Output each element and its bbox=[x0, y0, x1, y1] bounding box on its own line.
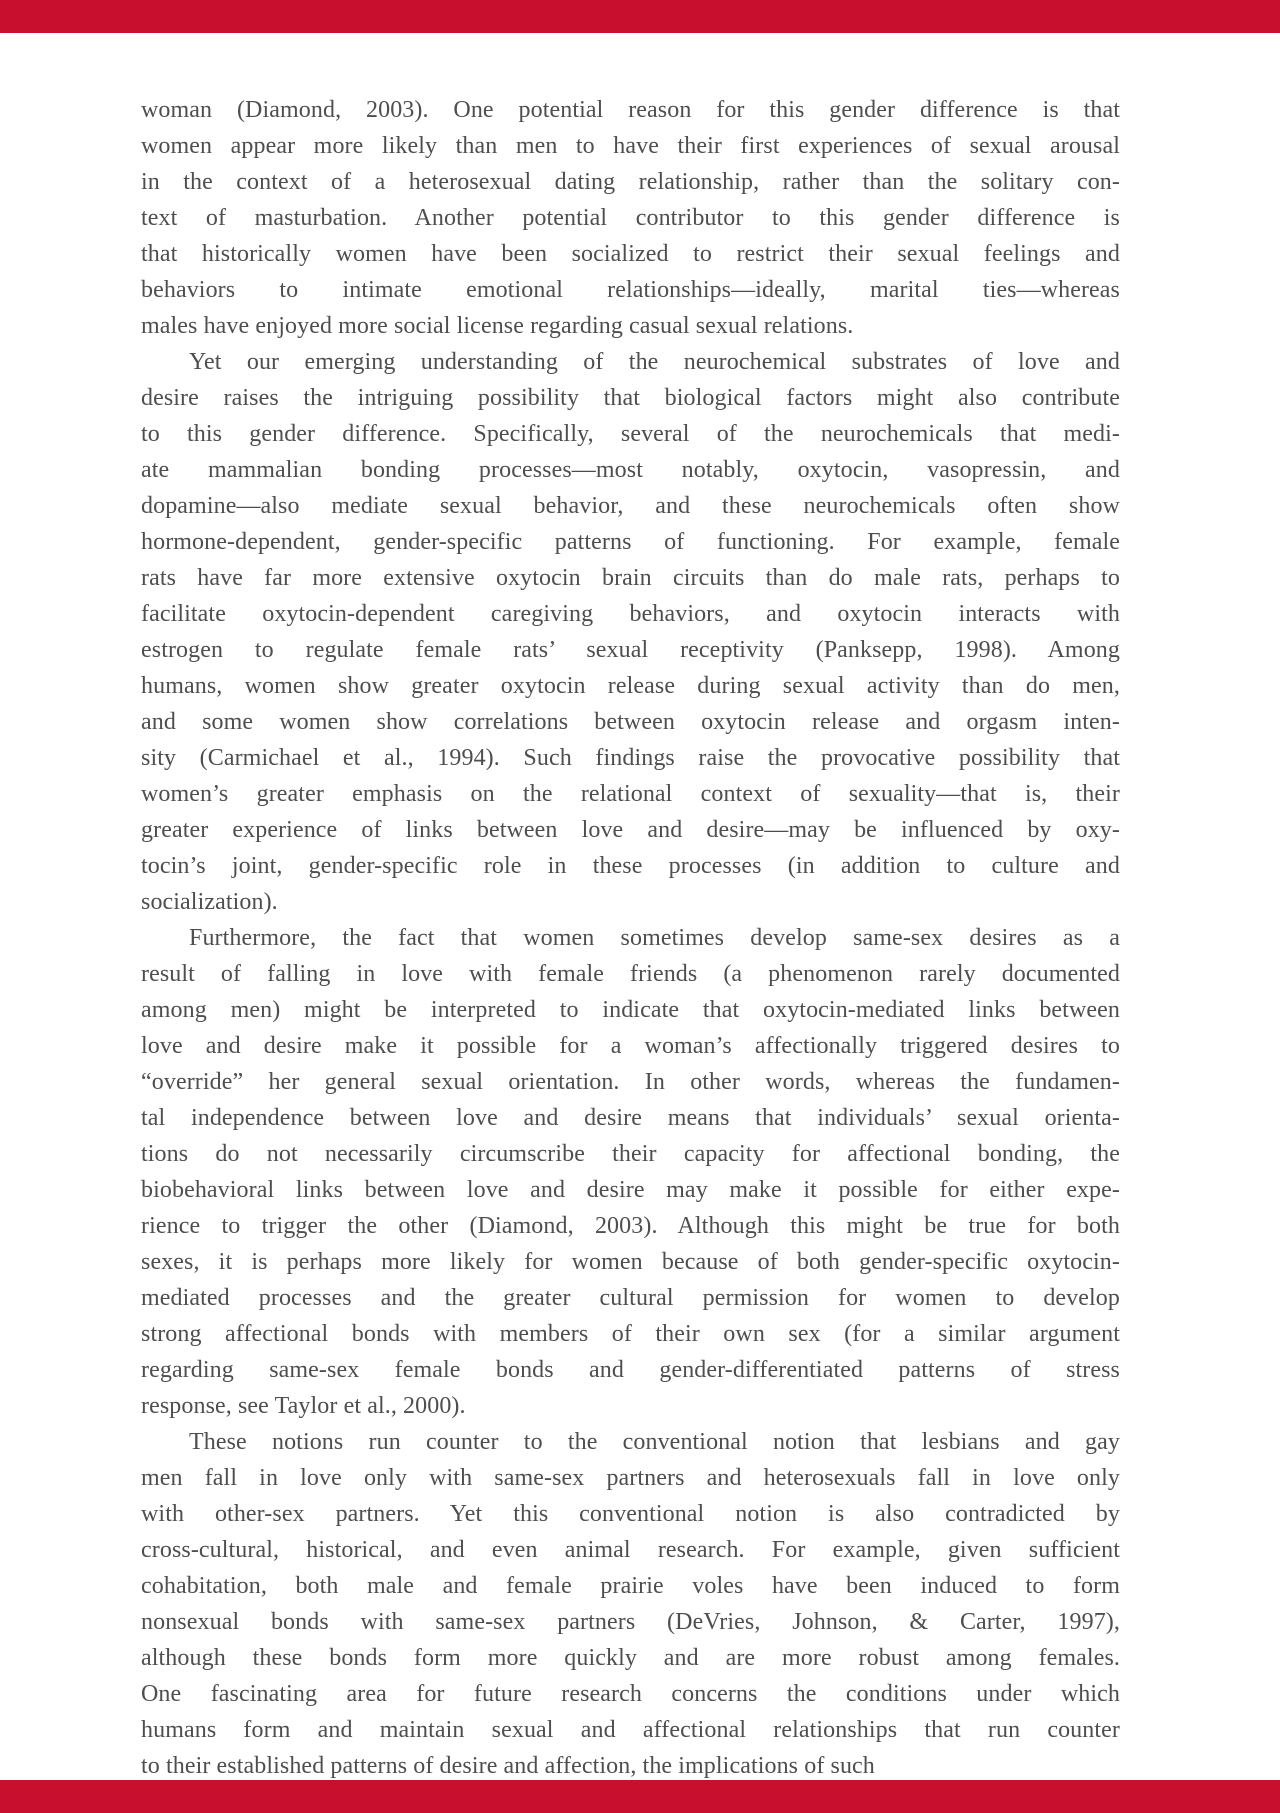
text-line: mediated processes and the greater cultu… bbox=[141, 1280, 1120, 1316]
text-line: tocin’s joint, gender-specific role in t… bbox=[141, 848, 1120, 884]
text-line: that historically women have been social… bbox=[141, 236, 1120, 272]
text-line: One fascinating area for future research… bbox=[141, 1676, 1120, 1712]
text-line: tal independence between love and desire… bbox=[141, 1100, 1120, 1136]
paragraph: Yet our emerging understanding of the ne… bbox=[141, 344, 1120, 920]
paragraph: These notions run counter to the convent… bbox=[141, 1424, 1120, 1784]
top-red-bar bbox=[0, 0, 1280, 33]
text-line: in the context of a heterosexual dating … bbox=[141, 164, 1120, 200]
text-line: ate mammalian bonding processes—most not… bbox=[141, 452, 1120, 488]
text-line: sity (Carmichael et al., 1994). Such fin… bbox=[141, 740, 1120, 776]
paragraph: Furthermore, the fact that women sometim… bbox=[141, 920, 1120, 1424]
text-line: humans form and maintain sexual and affe… bbox=[141, 1712, 1120, 1748]
text-line: women’s greater emphasis on the relation… bbox=[141, 776, 1120, 812]
text-line: with other-sex partners. Yet this conven… bbox=[141, 1496, 1120, 1532]
text-line: text of masturbation. Another potential … bbox=[141, 200, 1120, 236]
text-line: socialization). bbox=[141, 884, 1120, 920]
text-line: tions do not necessarily circumscribe th… bbox=[141, 1136, 1120, 1172]
paragraph: woman (Diamond, 2003). One potential rea… bbox=[141, 92, 1120, 344]
text-line: although these bonds form more quickly a… bbox=[141, 1640, 1120, 1676]
text-line: rats have far more extensive oxytocin br… bbox=[141, 560, 1120, 596]
text-line: strong affectional bonds with members of… bbox=[141, 1316, 1120, 1352]
text-line: biobehavioral links between love and des… bbox=[141, 1172, 1120, 1208]
text-line: nonsexual bonds with same-sex partners (… bbox=[141, 1604, 1120, 1640]
text-line: love and desire make it possible for a w… bbox=[141, 1028, 1120, 1064]
text-line: men fall in love only with same-sex part… bbox=[141, 1460, 1120, 1496]
text-line: result of falling in love with female fr… bbox=[141, 956, 1120, 992]
text-line: hormone-dependent, gender-specific patte… bbox=[141, 524, 1120, 560]
text-line: sexes, it is perhaps more likely for wom… bbox=[141, 1244, 1120, 1280]
bottom-red-bar bbox=[0, 1780, 1280, 1813]
text-line: facilitate oxytocin-dependent caregiving… bbox=[141, 596, 1120, 632]
text-line: to their established patterns of desire … bbox=[141, 1748, 1120, 1784]
text-line: behaviors to intimate emotional relation… bbox=[141, 272, 1120, 308]
text-line: humans, women show greater oxytocin rele… bbox=[141, 668, 1120, 704]
text-line: Furthermore, the fact that women sometim… bbox=[141, 920, 1120, 956]
text-line: males have enjoyed more social license r… bbox=[141, 308, 1120, 344]
text-line: among men) might be interpreted to indic… bbox=[141, 992, 1120, 1028]
text-line: response, see Taylor et al., 2000). bbox=[141, 1388, 1120, 1424]
text-line: dopamine—also mediate sexual behavior, a… bbox=[141, 488, 1120, 524]
text-line: cohabitation, both male and female prair… bbox=[141, 1568, 1120, 1604]
text-line: estrogen to regulate female rats’ sexual… bbox=[141, 632, 1120, 668]
text-line: woman (Diamond, 2003). One potential rea… bbox=[141, 92, 1120, 128]
text-line: cross-cultural, historical, and even ani… bbox=[141, 1532, 1120, 1568]
text-line: rience to trigger the other (Diamond, 20… bbox=[141, 1208, 1120, 1244]
text-line: Yet our emerging understanding of the ne… bbox=[141, 344, 1120, 380]
text-line: greater experience of links between love… bbox=[141, 812, 1120, 848]
text-line: to this gender difference. Specifically,… bbox=[141, 416, 1120, 452]
text-line: “override” her general sexual orientatio… bbox=[141, 1064, 1120, 1100]
page-text: woman (Diamond, 2003). One potential rea… bbox=[141, 92, 1120, 1784]
text-line: regarding same-sex female bonds and gend… bbox=[141, 1352, 1120, 1388]
text-line: women appear more likely than men to hav… bbox=[141, 128, 1120, 164]
text-line: These notions run counter to the convent… bbox=[141, 1424, 1120, 1460]
text-line: and some women show correlations between… bbox=[141, 704, 1120, 740]
text-line: desire raises the intriguing possibility… bbox=[141, 380, 1120, 416]
